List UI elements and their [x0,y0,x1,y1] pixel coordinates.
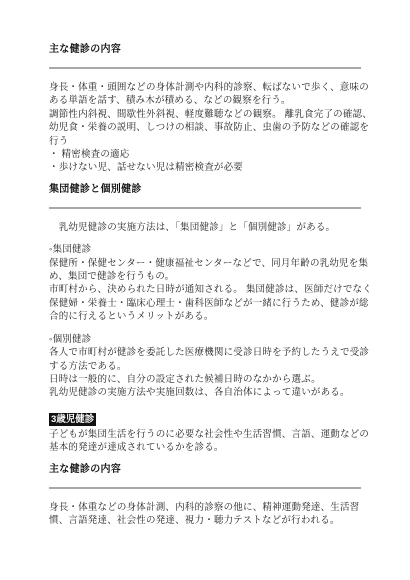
section-heading: 主な健診の内容 [49,44,361,55]
section-group-vs-individual: 集団健診と個別健診 乳幼児健診の実施方法は、「集団健診」と「個別健診」がある。 … [49,184,361,400]
text-line: 幼児食・栄養の説明、しつけの相談、事故防止、虫歯の予防などの確認を [49,121,361,134]
text-line: 行う [49,135,361,148]
text-line: 基本的発達が達成されているかを診る。 [49,441,361,454]
text-line: ある単語を話す、積み木が積める、などの観察を行う。 [49,94,361,107]
bullet-item: ・ 精密検査の適応 [49,148,361,161]
text-line: 乳幼児健診の実施方法は、「集団健診」と「個別健診」がある。 [49,221,361,234]
section-rule-divider [49,487,361,489]
paragraph-individual-checkup: ◦個別健診 各人で市町村が健診を委託した医療機関に受診日時を予約したうえで受診 … [49,333,361,400]
section-main-checkup-contents-2: 主な健診の内容 身長・体重などの身体計測、内科的診察の他に、精神運動発達、生活習… [49,464,361,528]
section-heading: 主な健診の内容 [49,464,361,475]
paragraph: 乳幼児健診の実施方法は、「集団健診」と「個別健診」がある。 [49,221,361,234]
paragraph: 身長・体重・頭囲などの身体計測や内科的診察、転ばないで歩く、意味の ある単語を話… [49,81,361,175]
section-rule-divider [49,207,361,209]
section-3yo-checkup: 3歳児健診 子どもが集団生活を行うのに必要な社会性や生活習慣、言語、運動などの … [49,409,361,455]
section-rule-divider [49,67,361,69]
section-heading: 集団健診と個別健診 [49,184,361,195]
section-main-checkup-contents-1: 主な健診の内容 身長・体重・頭囲などの身体計測や内科的診察、転ばないで歩く、意味… [49,44,361,175]
subheading-group-checkup: ◦集団健診 [49,243,361,256]
text-line: 保健所・保健センター・健康福祉センターなどで、同月年齢の乳幼児を集 [49,257,361,270]
paragraph-group-checkup: ◦集団健診 保健所・保健センター・健康福祉センターなどで、同月年齢の乳幼児を集 … [49,243,361,323]
highlighted-heading: 3歳児健診 [49,413,96,426]
text-line: 日時は一般的に、自分の設定された候補日時のなかから選ぶ。 [49,373,361,386]
text-line: め、集団で健診を行うもの。 [49,270,361,283]
text-line: 調節性内斜視、間歇性外斜視、軽度難聴などの観察。 離乳食完了の確認、 [49,108,361,121]
text-line: 身長・体重などの身体計測、内科的診察の他に、精神運動発達、生活習 [49,501,361,514]
text-line: 乳幼児健診の実施方法や実施回数は、各自治体によって違いがある。 [49,386,361,399]
text-line: 保健婦・栄養士・臨床心理士・歯科医師などが一緒に行うため、健診が総 [49,297,361,310]
bullet-item: ・歩けない児、話せない児は精密検査が必要 [49,161,361,174]
text-line: 慣、言語発達、社会性の発達、視力・聴力テストなどが行われる。 [49,514,361,527]
subheading-individual-checkup: ◦個別健診 [49,333,361,346]
text-line: 合的に行えるというメリットがある。 [49,310,361,323]
paragraph: 子どもが集団生活を行うのに必要な社会性や生活習慣、言語、運動などの 基本的発達が… [49,428,361,455]
paragraph: 身長・体重などの身体計測、内科的診察の他に、精神運動発達、生活習 慣、言語発達、… [49,501,361,528]
text-line: 各人で市町村が健診を委託した医療機関に受診日時を予約したうえで受診 [49,346,361,359]
text-line: 子どもが集団生活を行うのに必要な社会性や生活習慣、言語、運動などの [49,428,361,441]
document-page: 主な健診の内容 身長・体重・頭囲などの身体計測や内科的診察、転ばないで歩く、意味… [0,0,410,580]
text-line: 身長・体重・頭囲などの身体計測や内科的診察、転ばないで歩く、意味の [49,81,361,94]
text-line: する方法である。 [49,360,361,373]
text-line: 市町村から、決められた日時が通知される。 集団健診は、医師だけでなく [49,283,361,296]
